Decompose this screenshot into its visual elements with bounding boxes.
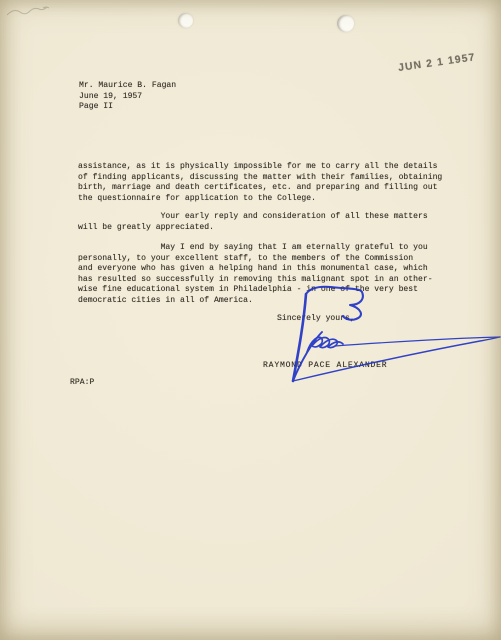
recipient-block: Mr. Maurice B. Fagan June 19, 1957 Page … [79, 81, 176, 113]
pencil-scribble [3, 2, 55, 22]
punch-hole-left [178, 13, 193, 28]
signature-graphic [225, 283, 501, 393]
reference-initials: RPA:P [70, 378, 94, 389]
body-paragraph-2: Your early reply and consideration of al… [78, 212, 428, 233]
body-paragraph-1: assistance, as it is physically impossib… [78, 162, 442, 204]
punch-hole-right [337, 15, 354, 32]
letter-page: JUN 2 1 1957 Mr. Maurice B. Fagan June 1… [0, 0, 501, 640]
date-stamp: JUN 2 1 1957 [397, 51, 476, 74]
